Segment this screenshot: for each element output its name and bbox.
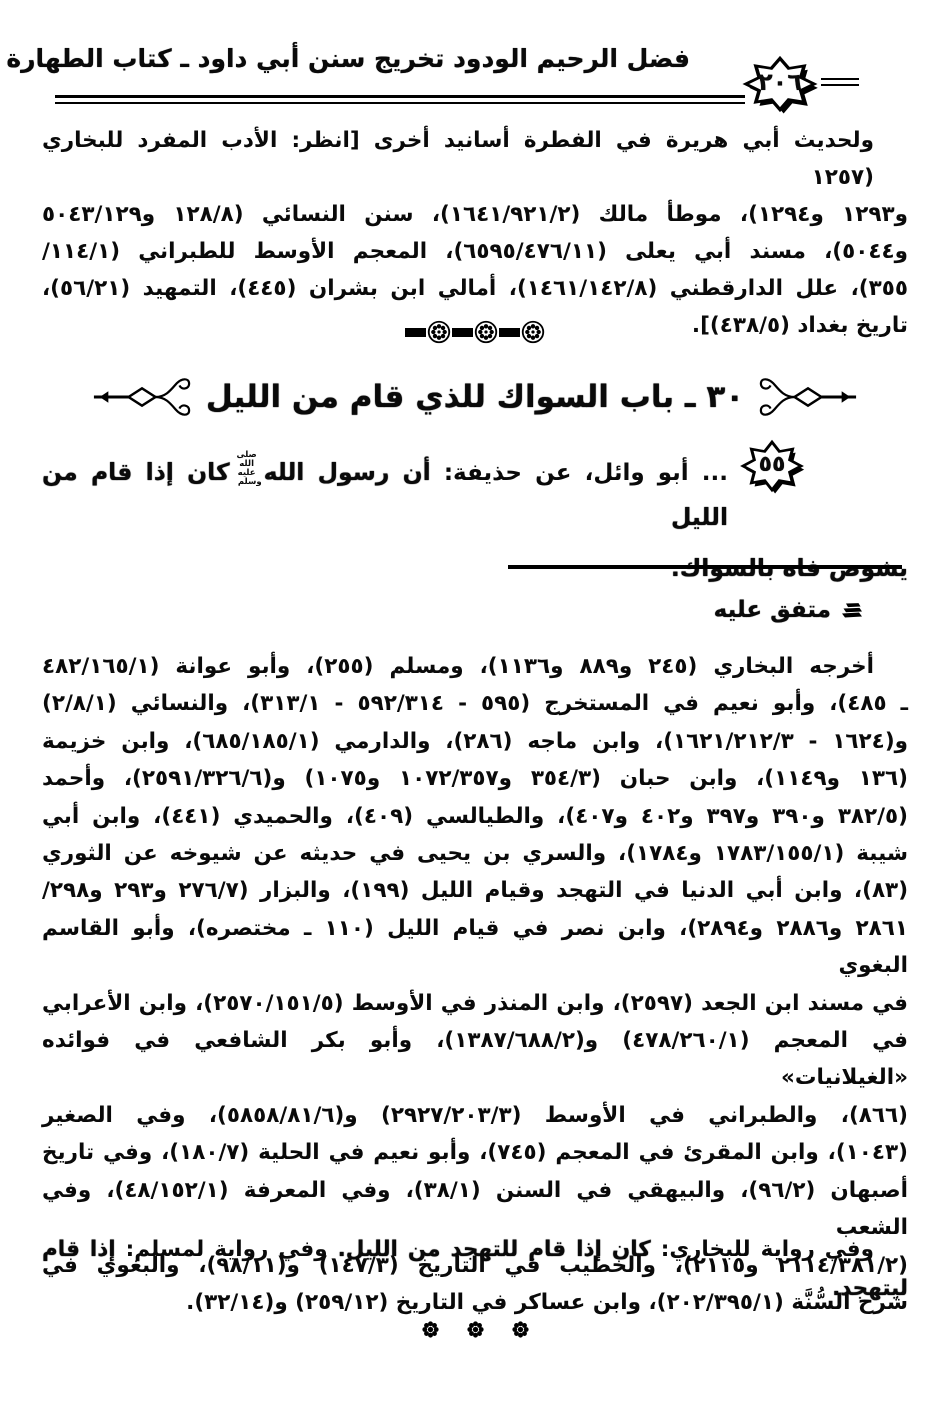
note-bold-text: إذا قام bbox=[42, 1237, 116, 1262]
takhrij-paragraph: أخرجه البخاري (٢٤٥ و٨٨٩ و١١٣٦)، ومسلم (٢… bbox=[42, 648, 908, 1321]
takhrij-line: (١٠٤٣)، وابن المقرئ في المعجم (٧٤٥)، وأب… bbox=[42, 1134, 908, 1171]
rosette-icon bbox=[521, 320, 545, 344]
chapter-ornament-left bbox=[92, 370, 192, 424]
takhrij-line: (⁦٣٨٢/٥⁩ و٣٩٠ و٣٩٧ و٤٠٢ و٤٠٧)، والطيالسي… bbox=[42, 798, 908, 835]
divider-bar bbox=[405, 328, 426, 337]
takhrij-line: في المعجم (⁦٤٧٨/٢٦٠/١⁩) و(⁦١٣٨٧/٦٨٨/٢⁩)،… bbox=[42, 1022, 908, 1097]
paragraph-line: و٥٠٤٤)، مسند أبي يعلى (⁦٦٥٩٥/٤٧٦/١١⁩)، ا… bbox=[42, 233, 908, 270]
paragraph-line: و١٢٩٣ و١٢٩٤)، موطأ مالك (⁦١٦٤١/٩٢١/٢⁩)، … bbox=[42, 196, 908, 233]
isnad-text: ... أبو وائل، عن حذيفة: bbox=[431, 460, 728, 486]
rosette-icon bbox=[474, 320, 498, 344]
book-page: فضل الرحيم الودود تخريج سنن أبي داود ـ ك… bbox=[0, 0, 950, 1405]
note-bold-text: كان إذا قام للتهجد من الليل. bbox=[338, 1237, 651, 1262]
takhrij-line: شيبة (⁦١٧٨٣/١٥٥/١⁩ و١٧٨٤)، والسري بن يحي… bbox=[42, 835, 908, 872]
narration-note: وفي رواية للبخاري: كان إذا قام للتهجد من… bbox=[42, 1230, 908, 1308]
hadith-number-badge: ٥٥ bbox=[738, 438, 806, 494]
paragraph-line: ولحديث أبي هريرة في الفطرة أسانيد أخرى [… bbox=[42, 122, 908, 196]
star-icon bbox=[466, 1320, 485, 1339]
header-rule-right bbox=[821, 78, 859, 86]
chapter-title: ٣٠ ـ باب السواك للذي قام من الليل bbox=[202, 379, 748, 415]
matn-text: أن رسول الله bbox=[264, 458, 431, 486]
section-divider-ornament bbox=[0, 320, 950, 344]
paragraph-line: ٣٥٥)، علل الدارقطني (⁦١٤٦١/١٤٢/٨⁩)، أمال… bbox=[42, 270, 908, 307]
rosette-icon bbox=[427, 320, 451, 344]
chapter-heading: ٣٠ ـ باب السواك للذي قام من الليل bbox=[0, 370, 950, 424]
narration-line: وفي رواية للبخاري: كان إذا قام للتهجد من… bbox=[42, 1230, 908, 1269]
takhrij-line: في مسند ابن الجعد (٢٥٩٧)، وابن المنذر في… bbox=[42, 985, 908, 1022]
takhrij-line: ـ ٤٨٥)، وأبو نعيم في المستخرج (⁦٥٩٥ - ٥٩… bbox=[42, 685, 908, 722]
saw-ligature: صلى الله عليه وسلم bbox=[232, 451, 262, 487]
takhrij-line: ٢٨٦١ و٢٨٨٦ و٢٨٩٤)، وابن نصر في قيام اللي… bbox=[42, 910, 908, 985]
intro-paragraph: ولحديث أبي هريرة في الفطرة أسانيد أخرى [… bbox=[42, 122, 908, 344]
takhrij-line: و(⁦١٦٢٤ - ١٦٢١/٢١٢/٣⁩)، وابن ماجه (٢٨٦)،… bbox=[42, 723, 908, 760]
stacked-books-icon bbox=[840, 599, 864, 621]
note-text: وفي رواية لمسلم: bbox=[116, 1237, 338, 1262]
page-number: ٢٠٦ bbox=[740, 54, 820, 114]
takhrij-line: أخرجه البخاري (٢٤٥ و٨٨٩ و١١٣٦)، ومسلم (٢… bbox=[42, 648, 908, 685]
header-rule bbox=[55, 95, 745, 104]
takhrij-line: (١٣٦ و١١٤٩)، وابن حبان (⁦٣٥٤/٣⁩ و⁦١٠٧٢/٣… bbox=[42, 760, 908, 797]
hadith-separator-rule bbox=[508, 565, 902, 569]
page-number-badge: ٢٠٦ bbox=[740, 54, 820, 114]
grading-label: متفق عليه bbox=[714, 597, 831, 623]
grading-heading: متفق عليه bbox=[714, 597, 864, 623]
takhrij-line: (٨٦٦)، والطبراني في الأوسط (⁦٢٩٢٧/٢٠٣/٣⁩… bbox=[42, 1097, 908, 1134]
star-icon bbox=[511, 1320, 530, 1339]
divider-bar bbox=[499, 328, 520, 337]
star-icon bbox=[421, 1320, 440, 1339]
hadith-number: ٥٥ bbox=[738, 438, 806, 494]
note-text: وفي رواية للبخاري: bbox=[651, 1237, 874, 1262]
takhrij-line: (٨٣)، وابن أبي الدنيا في التهجد وقيام ال… bbox=[42, 872, 908, 909]
book-title: فضل الرحيم الودود تخريج سنن أبي داود ـ ك… bbox=[6, 44, 690, 73]
divider-bar bbox=[452, 328, 473, 337]
footer-ornament bbox=[0, 1320, 950, 1339]
chapter-ornament-right bbox=[758, 370, 858, 424]
narration-line: ليتهجد. bbox=[42, 1269, 908, 1308]
